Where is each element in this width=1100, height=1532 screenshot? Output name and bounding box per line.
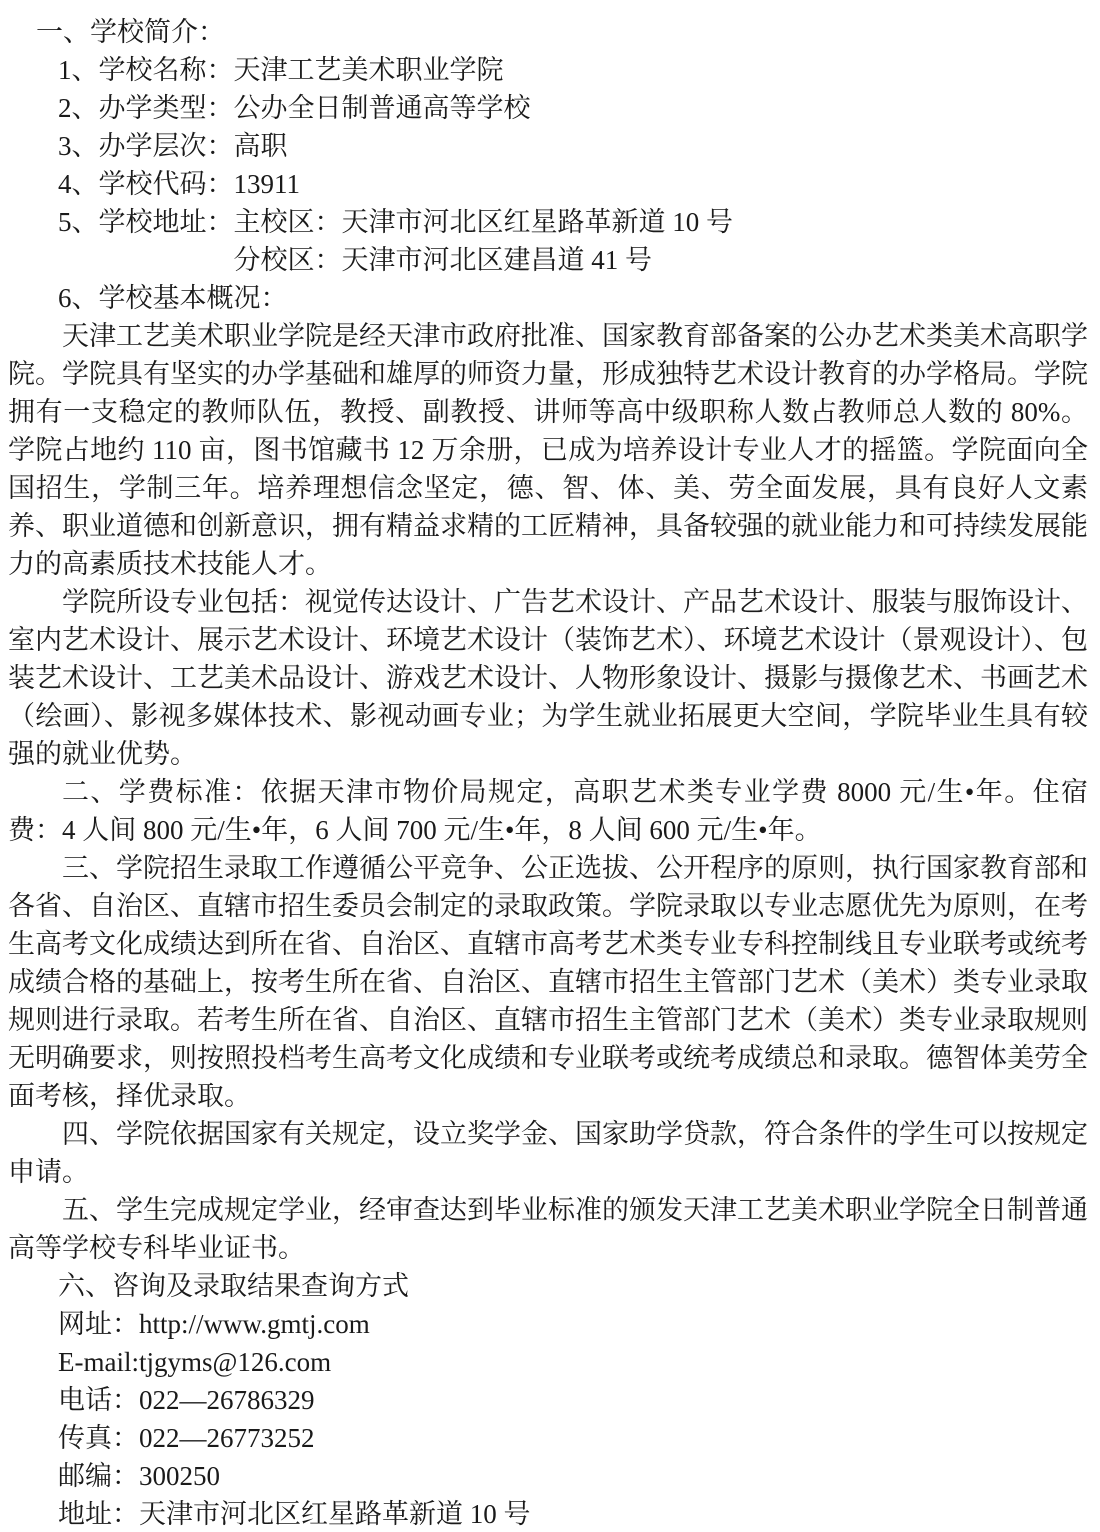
contact-postcode: 邮编：300250 xyxy=(58,1457,1088,1495)
intro-item-school-type: 2、办学类型：公办全日制普通高等学校 xyxy=(58,89,1088,127)
paragraph-diploma: 五、学生完成规定学业，经审查达到毕业标准的颁发天津工艺美术职业学院全日制普通高等… xyxy=(8,1191,1088,1267)
address-branch-campus: 分校区：天津市河北区建昌道 41 号 xyxy=(234,241,734,279)
paragraph-school-overview: 天津工艺美术职业学院是经天津市政府批准、国家教育部备案的公办艺术类美术高职学院。… xyxy=(8,317,1088,583)
school-address-label: 5、学校地址： xyxy=(58,203,234,241)
contact-phone: 电话：022—26786329 xyxy=(58,1381,1088,1419)
school-address-lines: 主校区：天津市河北区红星路革新道 10 号 分校区：天津市河北区建昌道 41 号 xyxy=(234,203,734,279)
contact-website: 网址：http://www.gmtj.com xyxy=(58,1305,1088,1343)
address-main-campus: 主校区：天津市河北区红星路革新道 10 号 xyxy=(234,203,734,241)
contact-address: 地址：天津市河北区红星路革新道 10 号 xyxy=(58,1495,1088,1532)
intro-item-education-level: 3、办学层次：高职 xyxy=(58,127,1088,165)
document-page: 一、学校简介： 1、学校名称：天津工艺美术职业学院 2、办学类型：公办全日制普通… xyxy=(0,0,1100,1532)
intro-item-school-name: 1、学校名称：天津工艺美术职业学院 xyxy=(58,51,1088,89)
contact-email: E-mail:tjgyms@126.com xyxy=(58,1343,1088,1381)
paragraph-scholarship: 四、学院依据国家有关规定，设立奖学金、国家助学贷款，符合条件的学生可以按规定申请… xyxy=(8,1115,1088,1191)
intro-item-school-code: 4、学校代码：13911 xyxy=(58,165,1088,203)
intro-item-overview-label: 6、学校基本概况： xyxy=(58,279,1088,317)
section-heading-contact: 六、咨询及录取结果查询方式 xyxy=(58,1267,1088,1305)
paragraph-majors-list: 学院所设专业包括：视觉传达设计、广告艺术设计、产品艺术设计、服装与服饰设计、室内… xyxy=(8,583,1088,773)
section-heading-school-intro: 一、学校简介： xyxy=(36,13,1088,51)
contact-fax: 传真：022—26773252 xyxy=(58,1419,1088,1457)
paragraph-admission-policy: 三、学院招生录取工作遵循公平竞争、公正选拔、公开程序的原则，执行国家教育部和各省… xyxy=(8,849,1088,1115)
intro-item-school-address: 5、学校地址： 主校区：天津市河北区红星路革新道 10 号 分校区：天津市河北区… xyxy=(58,203,1088,279)
paragraph-tuition-standard: 二、学费标准：依据天津市物价局规定，高职艺术类专业学费 8000 元/生•年。住… xyxy=(8,773,1088,849)
